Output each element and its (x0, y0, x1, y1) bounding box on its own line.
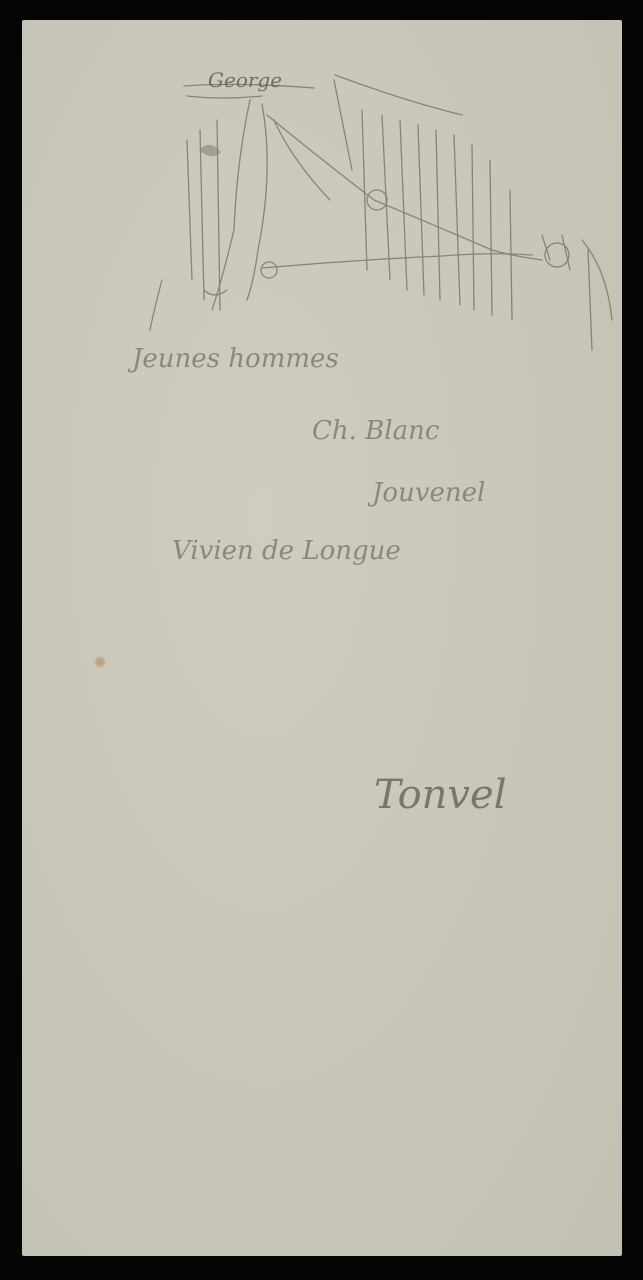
note-line-1: Jeunes hommes (132, 344, 339, 374)
signature: Tonvel (374, 772, 506, 818)
note-line-4: Vivien de Longue (172, 536, 401, 566)
paper-stain (95, 657, 105, 667)
note-line-3: Jouvenel (372, 478, 485, 508)
sketch-title: George (208, 68, 282, 92)
note-line-2: Ch. Blanc (312, 416, 439, 446)
paper-sheet: George Jeunes hommes Ch. Blanc Jouvenel … (22, 20, 622, 1256)
horse-head-sketch (22, 20, 622, 1256)
